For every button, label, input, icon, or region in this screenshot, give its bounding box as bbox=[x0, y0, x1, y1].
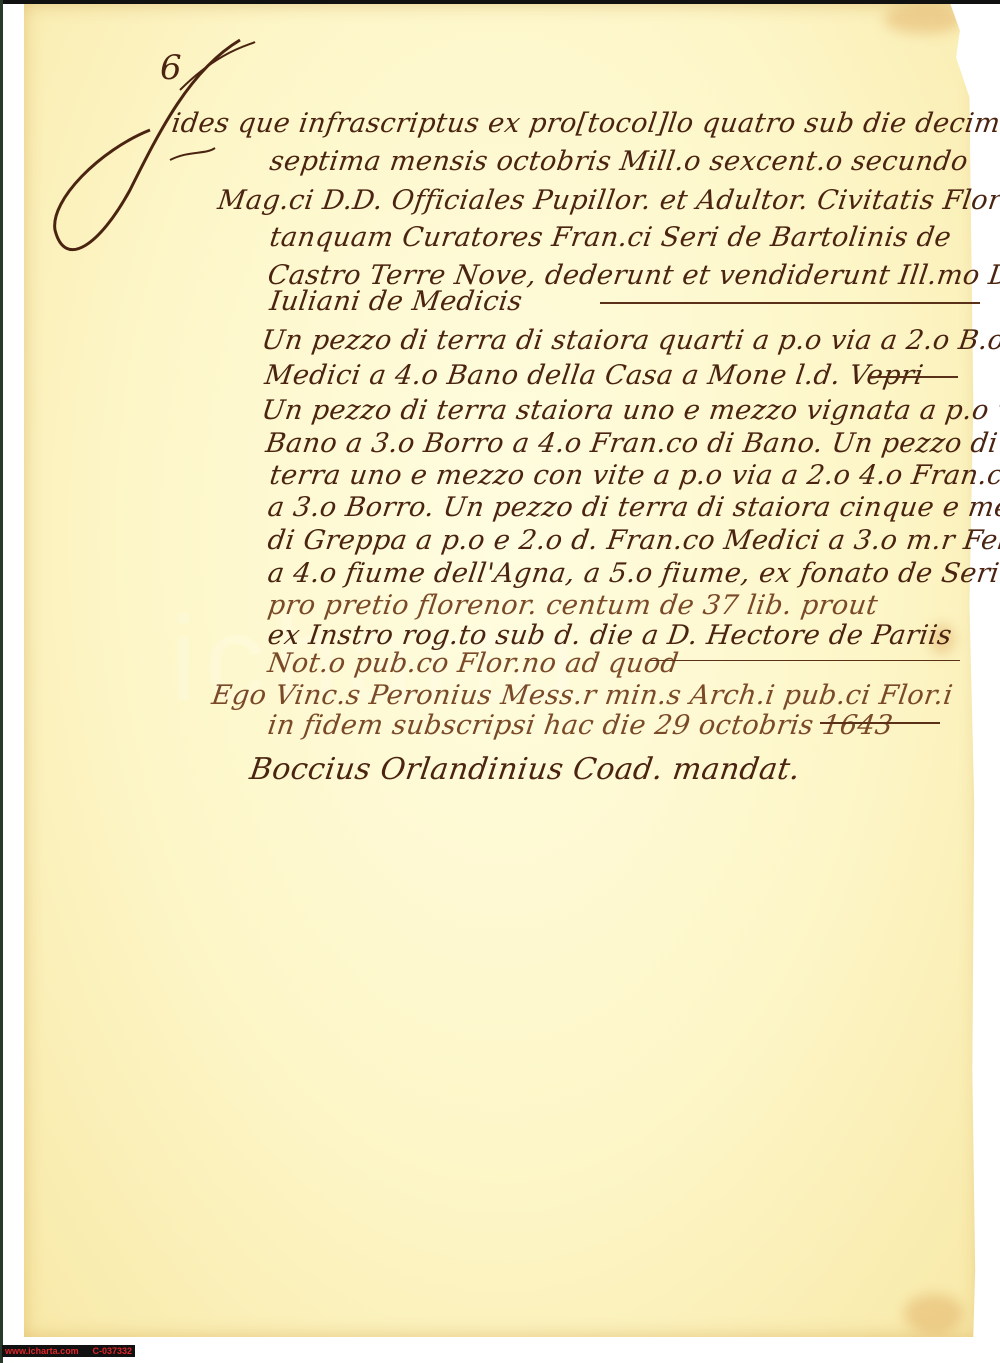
foxing-stain bbox=[904, 1294, 964, 1334]
manuscript-line: Not.o pub.co Flor.no ad quod bbox=[266, 648, 681, 679]
manuscript-line: septima mensis octobris Mill.o sexcent.o… bbox=[268, 146, 970, 177]
manuscript-line: ex Instro rog.to sub d. die a D. Hectore… bbox=[266, 620, 954, 651]
manuscript-line: di Greppa a p.o e 2.o d. Fran.co Medici … bbox=[266, 525, 1000, 556]
scan-top-border bbox=[0, 0, 1000, 4]
line-filler-rule bbox=[868, 376, 958, 378]
notary-attestation-line: in fidem subscripsi hac die 29 octobris … bbox=[266, 710, 895, 741]
line-filler-rule bbox=[650, 660, 960, 661]
line-filler-rule bbox=[820, 722, 940, 724]
notary-attestation-line: Ego Vinc.s Peronius Mess.r min.s Arch.i … bbox=[210, 680, 955, 711]
watermark-site: www.icharta.com bbox=[5, 1346, 79, 1356]
scan-left-border bbox=[0, 0, 3, 1363]
manuscript-line: a 4.o fiume dell'Agna, a 5.o fiume, ex f… bbox=[266, 558, 1000, 589]
signature-line: Boccius Orlandinius Coad. mandat. bbox=[248, 752, 803, 787]
manuscript-line: pro pretio florenor. centum de 37 lib. p… bbox=[266, 590, 880, 621]
manuscript-line: Bano a 3.o Borro a 4.o Fran.co di Bano. … bbox=[264, 428, 1000, 459]
manuscript-line: Iuliani de Medicis bbox=[268, 286, 525, 317]
manuscript-line: Medici a 4.o Bano della Casa a Mone l.d.… bbox=[263, 360, 926, 391]
manuscript-line: ides que infrascriptus ex pro[tocol]lo q… bbox=[170, 108, 1000, 139]
manuscript-line: tanquam Curatores Fran.ci Seri de Bartol… bbox=[268, 222, 953, 253]
manuscript-line: a 3.o Borro. Un pezzo di terra di staior… bbox=[266, 492, 1000, 523]
ornamental-initial-f-icon bbox=[40, 30, 260, 270]
site-watermark: www.icharta.com C-037332 bbox=[2, 1345, 135, 1357]
line-filler-rule bbox=[600, 302, 980, 304]
manuscript-line: terra uno e mezzo con vite a p.o via a 2… bbox=[268, 460, 1000, 491]
foxing-stain bbox=[884, 4, 964, 34]
manuscript-line: Un pezzo di terra di staiora quarti a p.… bbox=[260, 325, 1000, 356]
manuscript-line: Un pezzo di terra staiora uno e mezzo vi… bbox=[260, 395, 1000, 426]
manuscript-line: Mag.ci D.D. Officiales Pupillor. et Adul… bbox=[216, 185, 1000, 216]
watermark-code: C-037332 bbox=[92, 1346, 132, 1356]
